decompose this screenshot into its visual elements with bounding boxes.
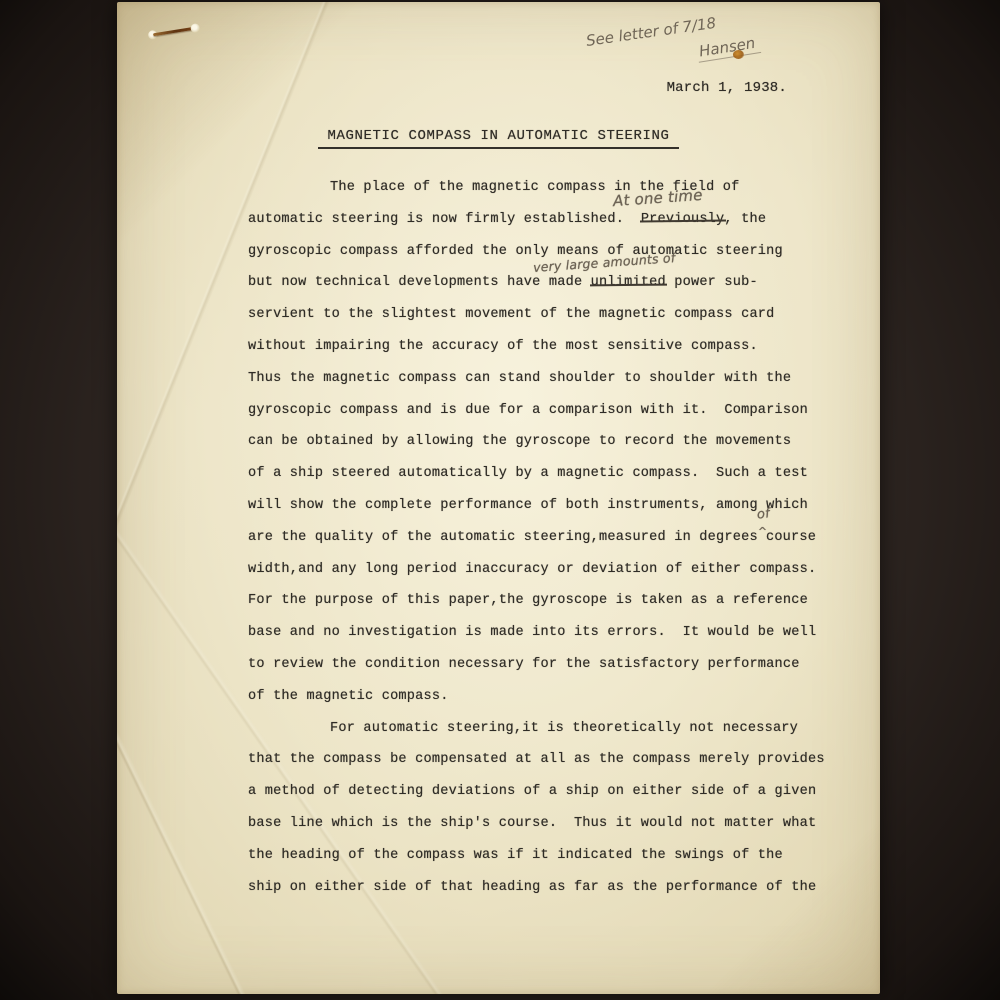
body-text: The place of the magnetic compass in the… [248,172,844,903]
typed-text: servient to the slightest movement of th… [248,307,775,322]
body-line: width,and any long period inaccuracy or … [248,554,844,586]
typed-text: , the [724,212,766,227]
body-line: are the quality of the automatic steerin… [248,522,844,554]
typed-text: will show the complete performance of bo… [248,498,808,513]
body-line: gyroscopic compass and is due for a comp… [248,395,844,427]
body-line: without impairing the accuracy of the mo… [248,331,844,363]
typed-text: For the purpose of this paper,the gyrosc… [248,593,808,608]
date-line: March 1, 1938. [667,80,787,96]
typed-text: gyroscopic compass afforded the only mea… [248,244,783,259]
body-line: base and no investigation is made into i… [248,617,844,649]
typed-text: to review the condition necessary for th… [248,657,800,672]
typed-text: of a ship steered automatically by a mag… [248,466,808,481]
body-line: the heading of the compass was if it ind… [248,840,844,872]
body-line: can be obtained by allowing the gyroscop… [248,426,844,458]
typed-text: a method of detecting deviations of a sh… [248,784,816,799]
body-line: will show the complete performance of bo… [248,490,844,522]
typed-text: Thus the magnetic compass can stand shou… [248,371,791,386]
body-line: a method of detecting deviations of a sh… [248,776,844,808]
struck-out-word: Previously [641,212,725,227]
typed-text: can be obtained by allowing the gyroscop… [248,434,791,449]
page-title: MAGNETIC COMPASS IN AUTOMATIC STEERING [117,128,880,149]
typed-text: base line which is the ship's course. Th… [248,816,816,831]
body-line: For the purpose of this paper,the gyrosc… [248,585,844,617]
body-line: of a ship steered automatically by a mag… [248,458,844,490]
body-line: that the compass be compensated at all a… [248,744,844,776]
typed-text: that the compass be compensated at all a… [248,752,825,767]
body-line: servient to the slightest movement of th… [248,299,844,331]
rust-stain-icon [733,50,744,59]
typed-text: course [766,530,816,545]
body-line: Thus the magnetic compass can stand shou… [248,363,844,395]
typed-text: ship on either side of that heading as f… [248,880,816,895]
body-line: ship on either side of that heading as f… [248,872,844,904]
scan-background: See letter of 7/18 Hansen March 1, 1938.… [0,0,1000,1000]
typed-text: automatic steering is now firmly establi… [248,212,641,227]
typed-text: gyroscopic compass and is due for a comp… [248,403,808,418]
body-line: but now technical developments have made… [248,267,844,299]
document-page: See letter of 7/18 Hansen March 1, 1938.… [117,2,880,994]
staple-hole-icon [190,23,200,33]
typed-text: width,and any long period inaccuracy or … [248,562,816,577]
pencil-top-note: See letter of 7/18 Hansen [585,16,815,58]
body-line: The place of the magnetic compass in the… [248,172,844,204]
staple-wire-icon [153,27,195,37]
struck-out-word: unlimited [591,275,666,290]
typed-text: of the magnetic compass. [248,689,449,704]
typed-text: are the quality of the automatic steerin… [248,530,758,545]
body-line: For automatic steering,it is theoretical… [248,713,844,745]
page-title-text: MAGNETIC COMPASS IN AUTOMATIC STEERING [318,128,678,149]
body-line: of the magnetic compass. [248,681,844,713]
staple-icon [147,20,201,44]
pencil-signature: Hansen [696,33,761,63]
typed-text: base and no investigation is made into i… [248,625,816,640]
body-line: automatic steering is now firmly establi… [248,204,844,236]
typed-text: power sub- [666,275,758,290]
typed-text: without impairing the accuracy of the mo… [248,339,758,354]
typed-text: the heading of the compass was if it ind… [248,848,783,863]
typed-text: For automatic steering,it is theoretical… [330,721,798,736]
body-line: to review the condition necessary for th… [248,649,844,681]
body-line: base line which is the ship's course. Th… [248,808,844,840]
